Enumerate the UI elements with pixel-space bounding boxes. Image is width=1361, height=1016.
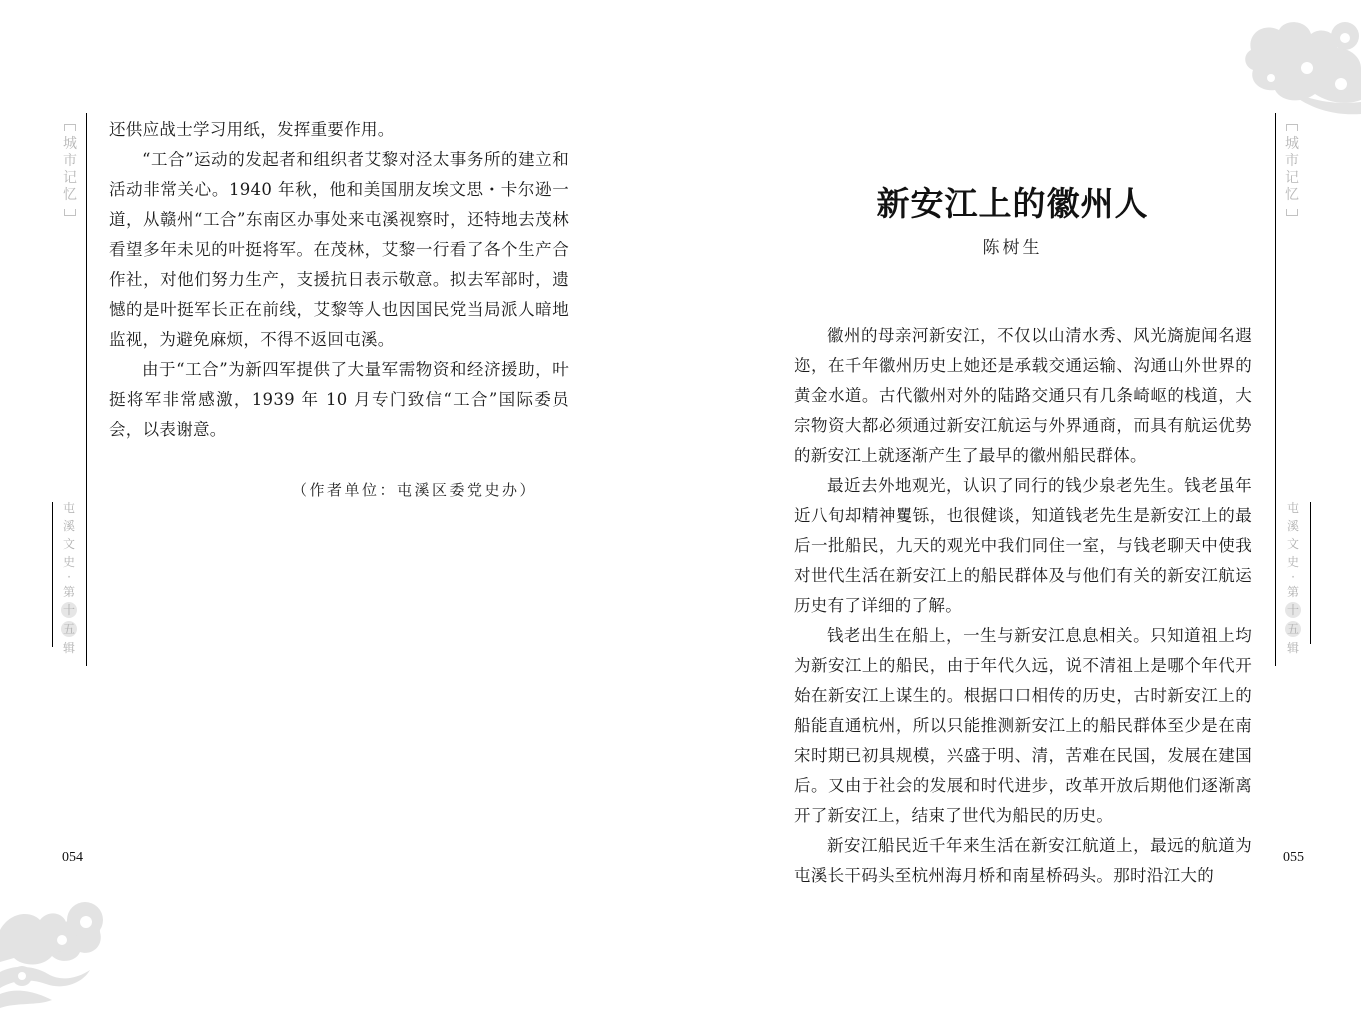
- series-char: 五: [1285, 621, 1301, 637]
- article-author: 陈树生: [672, 233, 1353, 258]
- author-affiliation: （作者单位：屯溪区委党史办）: [292, 479, 537, 500]
- page-number: 054: [62, 850, 83, 866]
- series-char: 第: [61, 584, 77, 600]
- series-char: 文: [1285, 536, 1301, 552]
- article-body-continued: 还供应战士学习用纸，发挥重要作用。“工合”运动的发起者和组织者艾黎对泾太事务所的…: [109, 115, 569, 445]
- tab-char: 记: [62, 171, 78, 186]
- paragraph: 最近去外地观光，认识了同行的钱少泉老先生。钱老虽年近八旬却精神矍铄，也很健谈，知…: [794, 471, 1252, 621]
- paragraph: 还供应战士学习用纸，发挥重要作用。: [109, 115, 569, 145]
- tab-char: 忆: [62, 188, 78, 203]
- series-char: 五: [61, 621, 77, 637]
- left-page: 城市记忆 屯溪文史·第十五辑 还供应战士学习用纸，发挥重要作用。“工合”运动的发…: [0, 0, 680, 1016]
- paragraph: 徽州的母亲河新安江，不仅以山清水秀、风光旖旎闻名遐迩，在千年徽州历史上她还是承载…: [794, 321, 1252, 471]
- series-label: 屯溪文史·第十五辑: [1285, 500, 1301, 658]
- tab-char: 市: [1284, 154, 1300, 169]
- margin-rule: [86, 113, 87, 666]
- series-rule: [52, 502, 53, 647]
- right-page: 城市记忆 屯溪文史·第十五辑 新安江上的徽州人 陈树生 徽州的母亲河新安江，不仅…: [680, 0, 1361, 1016]
- cloud-ornament-icon: [1241, 10, 1361, 115]
- bracket-bottom-icon: [64, 209, 76, 216]
- series-rule: [1310, 502, 1311, 644]
- paragraph: 新安江船民近千年来生活在新安江航道上，最远的航道为屯溪长干码头至杭州海月桥和南星…: [794, 831, 1252, 891]
- series-char: 十: [61, 602, 77, 618]
- paragraph: “工合”运动的发起者和组织者艾黎对泾太事务所的建立和活动非常关心。1940 年秋…: [109, 145, 569, 355]
- series-char: 文: [61, 536, 77, 552]
- paragraph: 由于“工合”为新四军提供了大量军需物资和经济援助，叶挺将军非常感激，1939 年…: [109, 355, 569, 445]
- bracket-top-icon: [64, 124, 76, 131]
- paragraph: 钱老出生在船上，一生与新安江息息相关。只知道祖上均为新安江上的船民，由于年代久远…: [794, 621, 1252, 831]
- series-char: 屯: [1285, 500, 1301, 516]
- tab-char: 城: [1284, 137, 1300, 152]
- bracket-top-icon: [1286, 124, 1298, 131]
- series-char: 第: [1285, 584, 1301, 600]
- page-number: 055: [1283, 850, 1304, 866]
- series-char: 史: [1285, 554, 1301, 570]
- tab-char: 市: [62, 154, 78, 169]
- tab-char: 城: [62, 137, 78, 152]
- series-char: 辑: [1285, 640, 1301, 656]
- article-title: 新安江上的徽州人: [672, 178, 1353, 225]
- series-char: 史: [61, 554, 77, 570]
- cloud-ornament-icon: [0, 890, 115, 1016]
- series-char: ·: [61, 572, 77, 582]
- series-label: 屯溪文史·第十五辑: [61, 500, 77, 658]
- series-char: 十: [1285, 602, 1301, 618]
- series-char: 溪: [1285, 518, 1301, 534]
- series-char: 屯: [61, 500, 77, 516]
- series-char: 辑: [61, 640, 77, 656]
- section-tab-city-memory: 城市记忆: [62, 122, 78, 218]
- series-char: 溪: [61, 518, 77, 534]
- article-body: 徽州的母亲河新安江，不仅以山清水秀、风光旖旎闻名遐迩，在千年徽州历史上她还是承载…: [794, 321, 1252, 891]
- series-char: ·: [1285, 572, 1301, 582]
